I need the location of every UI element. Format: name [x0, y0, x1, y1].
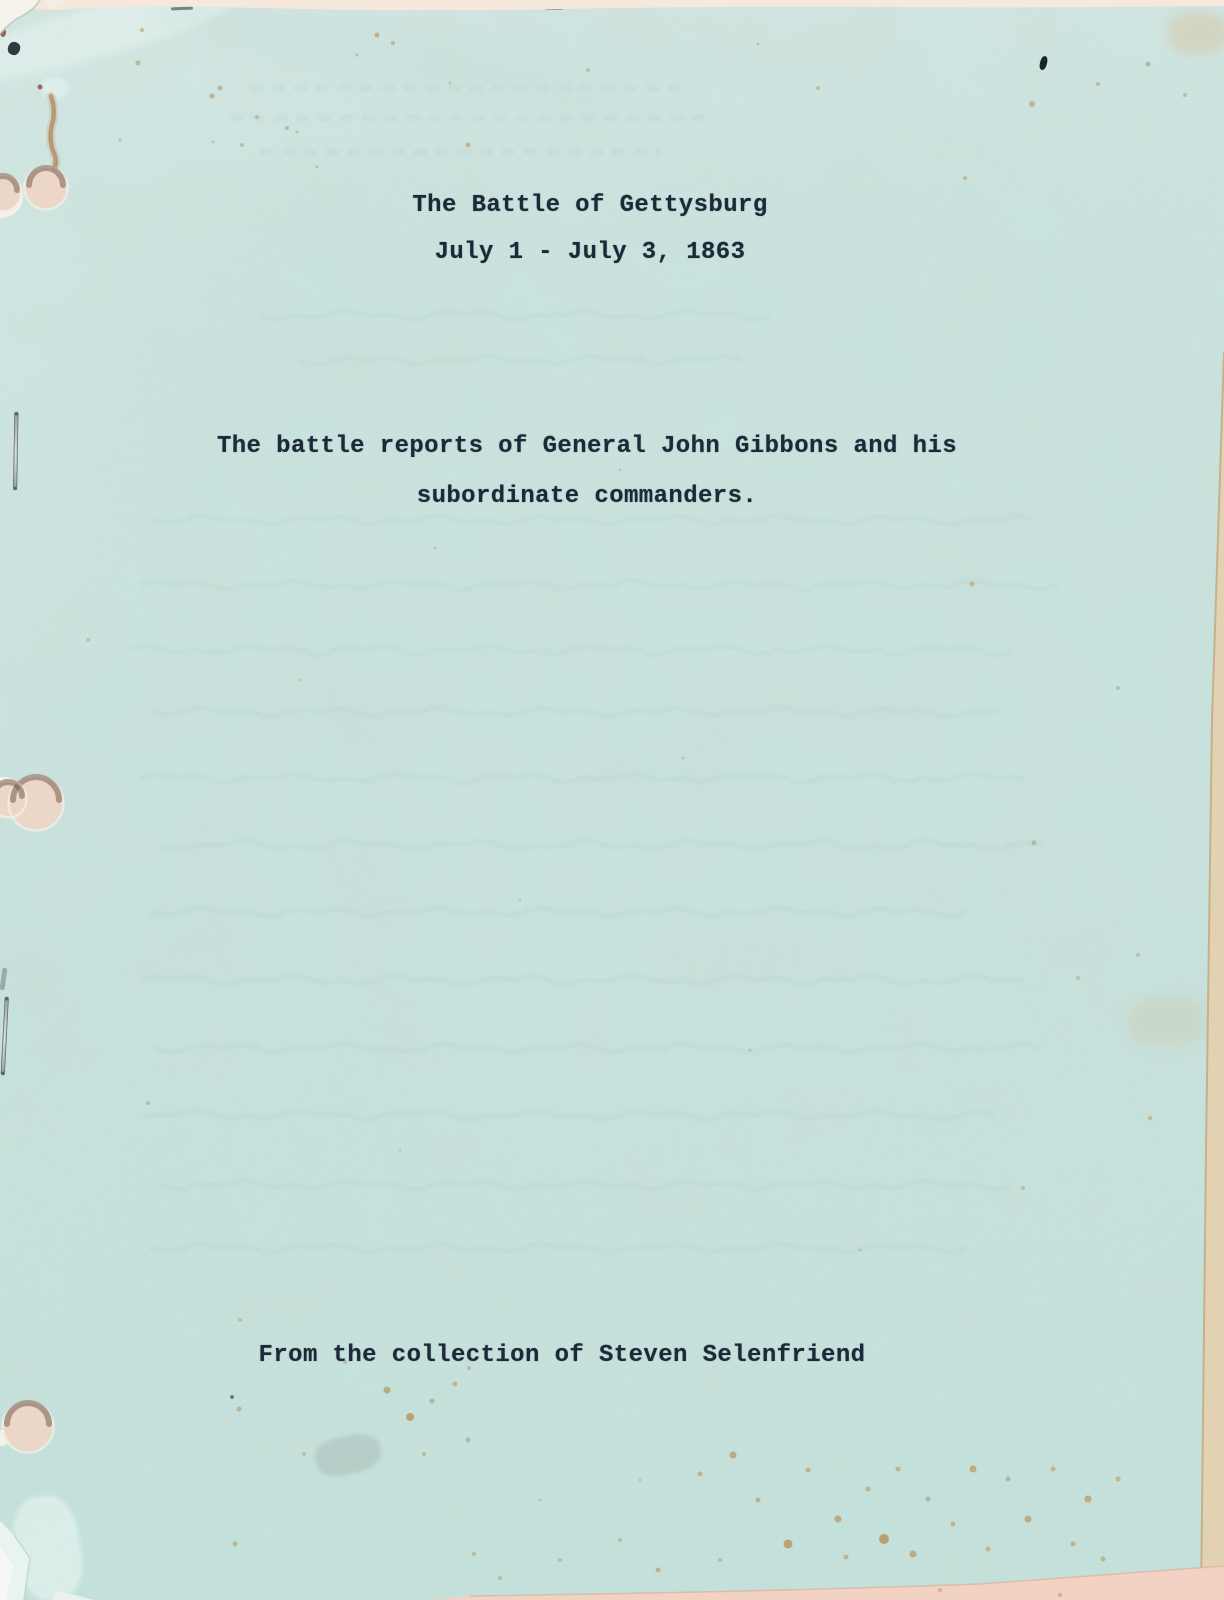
ink-mark — [0, 28, 6, 37]
torn-corner-top-left-sliver — [46, 0, 64, 9]
subtitle-line-1: The battle reports of General John Gibbo… — [0, 435, 1187, 459]
crease-patch — [148, 0, 623, 132]
rust-streak — [51, 96, 56, 169]
torn-corner-top-left — [0, 0, 40, 34]
ghost-cursive-row — [145, 1111, 995, 1120]
ink-mark — [6, 40, 22, 57]
torn-corner-top-left-shade — [0, 0, 40, 34]
staple — [1, 997, 9, 1075]
backing-page-edge-right-line — [1201, 352, 1224, 1600]
backing-page-edge-right — [1201, 352, 1224, 1600]
ghost-cursive-row — [150, 708, 1000, 717]
ink-mark — [0, 968, 8, 990]
ghost-cursive-row — [150, 1244, 966, 1253]
ink-mark — [424, 5, 452, 9]
crease-patch — [1168, 12, 1224, 54]
ghost-cursive-row — [300, 356, 742, 365]
scanned-cover-page: The Battle of Gettysburg July 1 - July 3… — [0, 0, 1224, 1600]
torn-corner-bottom-left-white — [0, 1545, 13, 1600]
ghost-cursive-row — [140, 774, 1024, 783]
ghost-cursive-row — [150, 908, 966, 917]
torn-corner-bottom-left-shade — [14, 1535, 30, 1600]
ghost-cursive-row — [160, 841, 1044, 850]
crease-patch — [8, 1492, 87, 1600]
scan-bottom-edge — [430, 1566, 1224, 1600]
punch-hole — [0, 1402, 54, 1453]
attribution-line: From the collection of Steven Selenfrien… — [0, 1344, 1162, 1368]
ghost-cursive-row — [260, 311, 770, 320]
ink-mark — [171, 7, 193, 11]
title-line-1: The Battle of Gettysburg — [0, 194, 1190, 218]
ghost-cursive-row — [130, 646, 1014, 655]
crease-patch — [1128, 996, 1206, 1046]
ghost-cursive-row — [155, 1044, 1039, 1053]
scan-top-edge — [0, 0, 1224, 10]
title-line-2: July 1 - July 3, 1863 — [0, 241, 1190, 265]
ink-mark — [230, 1395, 234, 1399]
ghost-cursive-row — [150, 516, 1034, 525]
ghost-cursive-row — [140, 976, 1024, 985]
ink-mark — [545, 7, 563, 10]
scan-bottom-edge-line — [470, 1566, 1224, 1596]
punch-hole — [0, 776, 64, 831]
ghost-cursive-row — [140, 581, 1058, 590]
ink-mark — [1038, 55, 1048, 70]
bottom-edge-paper-bit — [52, 1591, 94, 1600]
subtitle-line-2: subordinate commanders. — [0, 485, 1187, 509]
crease-patch — [42, 78, 68, 98]
crease-patch — [312, 1430, 384, 1481]
ghost-cursive-row — [160, 1181, 1010, 1190]
crease-patch — [0, 0, 241, 94]
torn-corner-bottom-left — [0, 1521, 30, 1600]
